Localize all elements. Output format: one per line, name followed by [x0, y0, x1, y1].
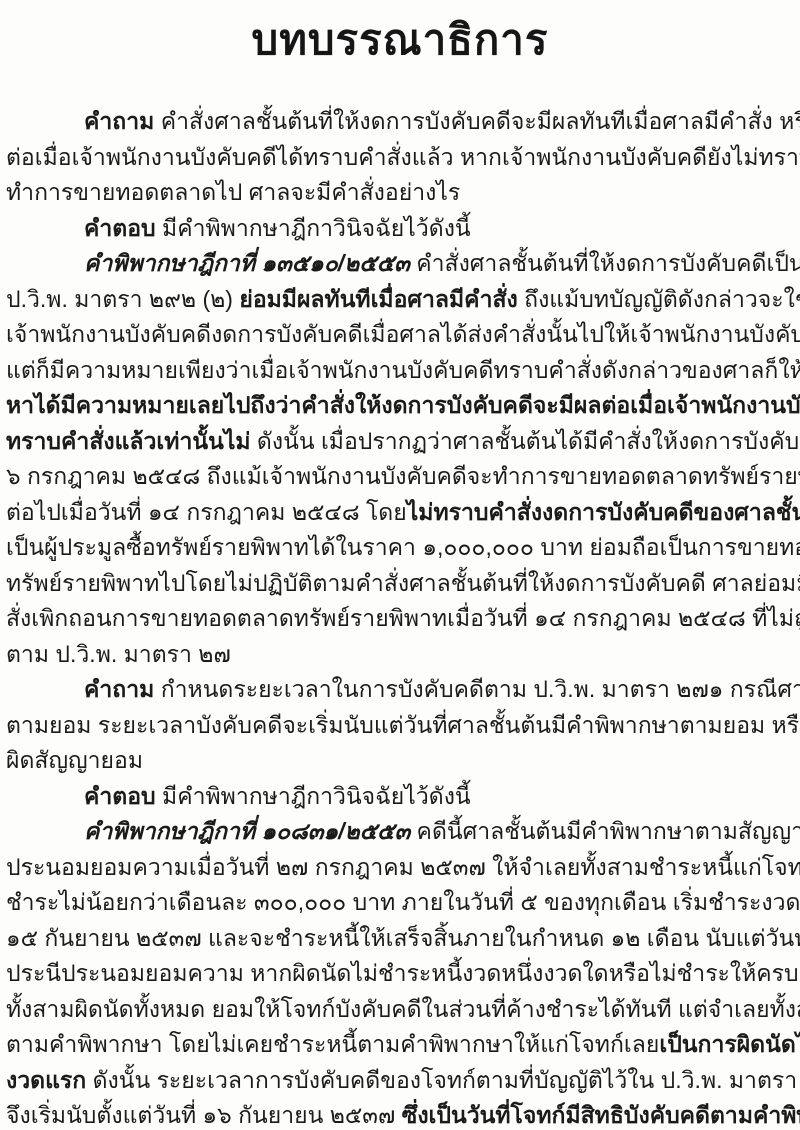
text-line: ต่อเมื่อเจ้าพนักงานบังคับคดีได้ทราบคำสั่…: [6, 140, 778, 176]
text-run: เป็นการผิดนัดไม่ชำระหนี้ตั้งแต่: [659, 1031, 800, 1057]
text-run: ต่อเมื่อเจ้าพนักงานบังคับคดีได้ทราบคำสั่…: [6, 144, 800, 170]
text-line: คำตอบ มีคำพิพากษาฎีกาวินิจฉัยไว้ดังนี้: [6, 211, 778, 247]
text-run: ทั้งสามผิดนัดทั้งหมด ยอมให้โจทก์บังคับคด…: [6, 996, 800, 1022]
text-run: ๖ กรกฎาคม ๒๕๔๘ ถึงแม้เจ้าพนักงานบังคับคด…: [6, 463, 800, 489]
text-line: คำถาม กำหนดระยะเวลาในการบังคับคดีตาม ป.ว…: [6, 672, 778, 708]
text-line: จึงเริ่มนับตั้งแต่วันที่ ๑๖ กันยายน ๒๕๓๗…: [6, 1098, 778, 1130]
document-body: คำถาม คำสั่งศาลชั้นต้นที่ให้งดการบังคับค…: [0, 66, 800, 1130]
text-run: คดีนี้ศาลชั้นต้นมีคำพิพากษาตามสัญญาประนี: [410, 818, 800, 844]
text-run: ต่อไปเมื่อวันที่ ๑๔ กรกฎาคม ๒๕๔๘ โดย: [6, 499, 407, 525]
text-run: ประนอมยอมความเมื่อวันที่ ๒๗ กรกฎาคม ๒๕๓๗…: [6, 854, 800, 880]
text-line: ทราบคำสั่งแล้วเท่านั้นไม่ ดังนั้น เมื่อป…: [6, 424, 778, 460]
text-run: สั่งเพิกถอนการขายทอดตลาดทรัพย์รายพิพาทเม…: [6, 605, 800, 631]
text-line: คำถาม คำสั่งศาลชั้นต้นที่ให้งดการบังคับค…: [6, 104, 778, 140]
text-run: จึงเริ่มนับตั้งแต่วันที่ ๑๖ กันยายน ๒๕๓๗: [6, 1102, 402, 1128]
text-run: คำสั่งศาลชั้นต้นที่ให้งดการบังคับคดีเป็น…: [410, 250, 800, 276]
text-run: ป.วิ.พ. มาตรา ๒๙๒ (๒): [6, 286, 239, 312]
text-run: คำสั่งศาลชั้นต้นที่ให้งดการบังคับคดีจะมี…: [154, 108, 800, 134]
text-line: ทั้งสามผิดนัดทั้งหมด ยอมให้โจทก์บังคับคด…: [6, 992, 778, 1028]
text-run: แต่ก็มีความหมายเพียงว่าเมื่อเจ้าพนักงานบ…: [6, 357, 800, 383]
text-line: ประนีประนอมยอมความ หากผิดนัดไม่ชำระหนี้ง…: [6, 956, 778, 992]
text-line: ๖ กรกฎาคม ๒๕๔๘ ถึงแม้เจ้าพนักงานบังคับคด…: [6, 459, 778, 495]
paragraph: คำถาม กำหนดระยะเวลาในการบังคับคดีตาม ป.ว…: [6, 672, 778, 779]
text-run: ถึงแม้บทบัญญัติดังกล่าวจะใช้คำว่า ให้: [518, 286, 800, 312]
text-run: ทำการขายทอดตลาดไป ศาลจะมีคำสั่งอย่างไร: [6, 179, 460, 205]
text-line: คำพิพากษาฎีกาที่ ๑๓๕๑๐/๒๕๕๓ คำสั่งศาลชั้…: [6, 246, 778, 282]
text-run: ทรัพย์รายพิพาทไปโดยไม่ปฏิบัติตามคำสั่งศา…: [6, 570, 800, 596]
text-run: งวดแรก: [6, 1067, 86, 1093]
document-page: บทบรรณาธิการ คำถาม คำสั่งศาลชั้นต้นที่ให…: [0, 0, 800, 1130]
text-line: คำตอบ มีคำพิพากษาฎีกาวินิจฉัยไว้ดังนี้: [6, 779, 778, 815]
text-run: เป็นผู้ประมูลซื้อทรัพย์รายพิพาทได้ในราคา…: [6, 534, 800, 560]
text-run: ๑๕ กันยายน ๒๕๓๗ และจะชำระหนี้ให้เสร็จสิ้…: [6, 925, 800, 951]
page-title: บทบรรณาธิการ: [0, 0, 800, 66]
text-run: ทราบคำสั่งแล้วเท่านั้นไม่: [6, 428, 251, 454]
paragraph: คำตอบ มีคำพิพากษาฎีกาวินิจฉัยไว้ดังนี้: [6, 779, 778, 815]
text-run: ดังนั้น ระยะเวลาการบังคับคดีของโจทก์ตามท…: [86, 1067, 800, 1093]
text-line: ผิดสัญญายอม: [6, 743, 778, 779]
text-run: ไม่ทราบคำสั่งงดการบังคับคดีของศาลชั้นต้น: [407, 499, 800, 525]
text-run: คำตอบ: [84, 783, 156, 809]
text-run: มีคำพิพากษาฎีกาวินิจฉัยไว้ดังนี้: [156, 215, 471, 241]
text-run: กำหนดระยะเวลาในการบังคับคดีตาม ป.วิ.พ. ม…: [154, 676, 800, 702]
text-line: สั่งเพิกถอนการขายทอดตลาดทรัพย์รายพิพาทเม…: [6, 601, 778, 637]
text-line: หาได้มีความหมายเลยไปถึงว่าคำสั่งให้งดการ…: [6, 388, 778, 424]
text-run: ตามคำพิพากษา โดยไม่เคยชำระหนี้ตามคำพิพาก…: [6, 1031, 659, 1057]
text-line: ชำระไม่น้อยกว่าเดือนละ ๓๐๐,๐๐๐ บาท ภายใน…: [6, 885, 778, 921]
text-line: ทำการขายทอดตลาดไป ศาลจะมีคำสั่งอย่างไร: [6, 175, 778, 211]
text-line: ตามคำพิพากษา โดยไม่เคยชำระหนี้ตามคำพิพาก…: [6, 1027, 778, 1063]
text-run: เจ้าพนักงานบังคับคดีงดการบังคับคดีเมื่อศ…: [6, 321, 800, 347]
text-line: ตาม ป.วิ.พ. มาตรา ๒๗: [6, 637, 778, 673]
text-run: คำถาม: [84, 108, 154, 134]
text-line: ทรัพย์รายพิพาทไปโดยไม่ปฏิบัติตามคำสั่งศา…: [6, 566, 778, 602]
text-run: คำถาม: [84, 676, 154, 702]
text-run: ตาม ป.วิ.พ. มาตรา ๒๗: [6, 641, 231, 667]
text-run: คำพิพากษาฎีกาที่ ๑๓๕๑๐/๒๕๕๓: [84, 250, 410, 276]
text-run: หาได้มีความหมายเลยไปถึงว่าคำสั่งให้งดการ…: [6, 392, 800, 418]
text-run: ตามยอม ระยะเวลาบังคับคดีจะเริ่มนับแต่วัน…: [6, 712, 800, 738]
text-line: งวดแรก ดังนั้น ระยะเวลาการบังคับคดีของโจ…: [6, 1063, 778, 1099]
text-line: เจ้าพนักงานบังคับคดีงดการบังคับคดีเมื่อศ…: [6, 317, 778, 353]
paragraph: คำถาม คำสั่งศาลชั้นต้นที่ให้งดการบังคับค…: [6, 104, 778, 211]
text-line: ป.วิ.พ. มาตรา ๒๙๒ (๒) ย่อมมีผลทันทีเมื่อ…: [6, 282, 778, 318]
text-line: ประนอมยอมความเมื่อวันที่ ๒๗ กรกฎาคม ๒๕๓๗…: [6, 850, 778, 886]
text-run: คำตอบ: [84, 215, 156, 241]
text-run: ชำระไม่น้อยกว่าเดือนละ ๓๐๐,๐๐๐ บาท ภายใน…: [6, 889, 800, 915]
text-line: คำพิพากษาฎีกาที่ ๑๐๘๓๑/๒๕๕๓ คดีนี้ศาลชั้…: [6, 814, 778, 850]
paragraph: คำพิพากษาฎีกาที่ ๑๐๘๓๑/๒๕๕๓ คดีนี้ศาลชั้…: [6, 814, 778, 1130]
text-run: ประนีประนอมยอมความ หากผิดนัดไม่ชำระหนี้ง…: [6, 960, 800, 986]
text-run: ดังนั้น เมื่อปรากฏว่าศาลชั้นต้นได้มีคำสั…: [251, 428, 800, 454]
text-line: ตามยอม ระยะเวลาบังคับคดีจะเริ่มนับแต่วัน…: [6, 708, 778, 744]
text-run: ผิดสัญญายอม: [6, 747, 143, 773]
text-line: ๑๕ กันยายน ๒๕๓๗ และจะชำระหนี้ให้เสร็จสิ้…: [6, 921, 778, 957]
text-line: แต่ก็มีความหมายเพียงว่าเมื่อเจ้าพนักงานบ…: [6, 353, 778, 389]
text-line: ต่อไปเมื่อวันที่ ๑๔ กรกฎาคม ๒๕๔๘ โดยไม่ท…: [6, 495, 778, 531]
paragraph: คำพิพากษาฎีกาที่ ๑๓๕๑๐/๒๕๕๓ คำสั่งศาลชั้…: [6, 246, 778, 672]
text-line: เป็นผู้ประมูลซื้อทรัพย์รายพิพาทได้ในราคา…: [6, 530, 778, 566]
paragraph: คำตอบ มีคำพิพากษาฎีกาวินิจฉัยไว้ดังนี้: [6, 211, 778, 247]
text-run: ซึ่งเป็นวันที่โจทก์มีสิทธิบังคับคดีตามคำ…: [402, 1102, 800, 1128]
text-run: มีคำพิพากษาฎีกาวินิจฉัยไว้ดังนี้: [156, 783, 471, 809]
text-run: คำพิพากษาฎีกาที่ ๑๐๘๓๑/๒๕๕๓: [84, 818, 410, 844]
text-run: ย่อมมีผลทันทีเมื่อศาลมีคำสั่ง: [239, 286, 517, 312]
